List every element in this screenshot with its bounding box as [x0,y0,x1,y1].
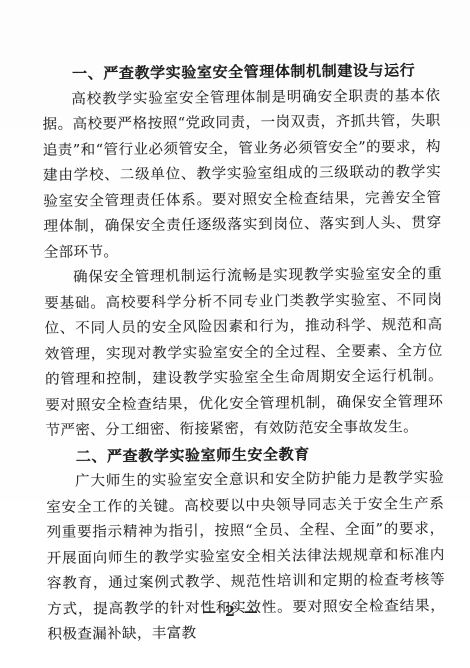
document-body: 一、严查教学实验室安全管理体制机制建设与运行 高校教学实验室安全管理体制是明确安… [42,58,446,648]
page-number: — 2 — [0,604,462,620]
section-2-heading: 二、严查教学实验室师生安全教育 [46,441,444,470]
section-1-paragraph-1: 高校教学实验室安全管理体制是明确安全职责的基本依据。高校要严格按照“党政同责，一… [42,84,442,266]
section-1-paragraph-2: 确保安全管理机制运行流畅是实现教学实验室安全的重要基础。高校要科学分析不同专业门… [44,262,444,444]
section-1-heading: 一、严查教学实验室安全管理体制机制建设与运行 [42,58,440,87]
section-2-paragraph-1: 广大师生的实验室安全意识和安全防护能力是教学实验室安全工作的关键。高校要以中央领… [46,466,446,648]
document-page: 一、严查教学实验室安全管理体制机制建设与运行 高校教学实验室安全管理体制是明确安… [0,0,470,668]
